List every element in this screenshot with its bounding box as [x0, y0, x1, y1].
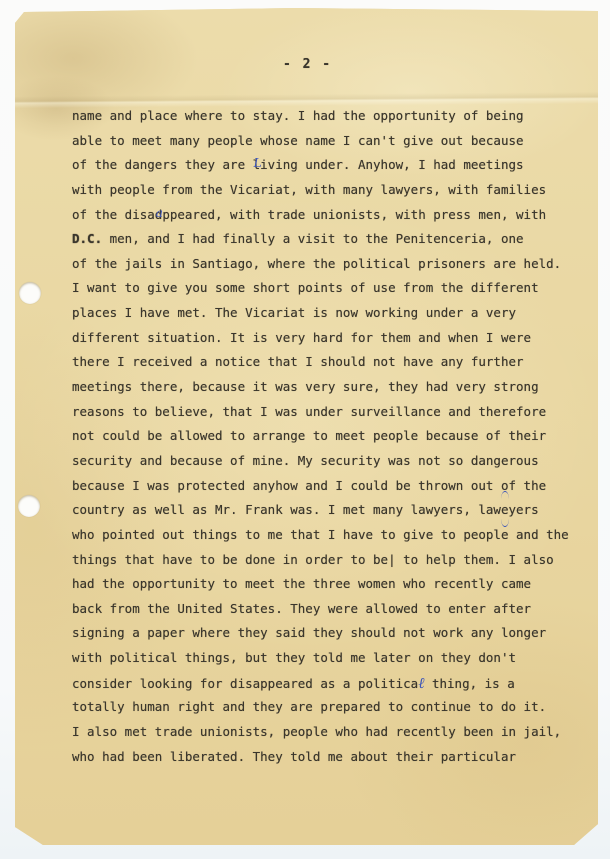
typed-line: I also met trade unionists, people who h… [72, 720, 584, 745]
typed-text: meetings there, because it was very sure… [72, 379, 539, 394]
typed-line: consider looking for disappeared as a po… [72, 671, 584, 696]
typed-line: country as well as Mr. Frank was. I met … [72, 498, 584, 523]
typed-line: security and because of mine. My securit… [72, 449, 584, 474]
typed-text: country as well as Mr. Frank was. I met … [72, 502, 501, 517]
typed-text: had the opportunity to meet the three wo… [72, 576, 531, 591]
paper-page: - 2 - name and place where to stay. I ha… [15, 8, 598, 845]
typed-line: had the opportunity to meet the three wo… [72, 572, 584, 597]
typed-line: of the disaadppeared, with trade unionis… [72, 203, 584, 228]
typed-text: because I was protected anyhow and I cou… [72, 478, 546, 493]
typed-text: I also met trade unionists, people who h… [72, 724, 561, 739]
typed-line: who pointed out things to me that I have… [72, 523, 584, 548]
typed-text: not could be allowed to arrange to meet … [72, 428, 546, 443]
typed-line: back from the United States. They were a… [72, 597, 584, 622]
typed-text: consider looking for disappeared as a po… [72, 676, 418, 691]
typed-line: meetings there, because it was very sure… [72, 375, 584, 400]
handwritten-correction-char: a [156, 207, 163, 219]
typed-text: totally human right and they are prepare… [72, 699, 546, 714]
handwritten-correction-char: L [254, 157, 262, 169]
typed-text: dppeared, with trade unionists, with pre… [155, 207, 546, 222]
typed-text: with political things, but they told me … [72, 650, 516, 665]
typed-line: reasons to believe, that I was under sur… [72, 400, 584, 425]
typed-text: security and because of mine. My securit… [72, 453, 539, 468]
typed-line: things that have to be done in order to … [72, 548, 584, 573]
typed-text: things that have to be done in order to … [72, 552, 554, 567]
typed-text: different situation. It is very hard for… [72, 330, 531, 345]
typed-text: able to meet many people whose name I ca… [72, 133, 524, 148]
typed-text: I want to give you some short points of … [72, 280, 539, 295]
handwritten-blue-circled-mark: e [501, 498, 509, 523]
typed-line: with people from the Vicariat, with many… [72, 178, 584, 203]
typed-text: of the dangers they are [72, 157, 253, 172]
typed-text: of the disa [72, 207, 155, 222]
typed-line: D.C. men, and I had finally a visit to t… [72, 227, 584, 252]
typed-text: places I have met. The Vicariat is now w… [72, 305, 516, 320]
typed-text: reasons to believe, that I was under sur… [72, 404, 546, 419]
typed-line: of the jails in Santiago, where the poli… [72, 252, 584, 277]
typed-line: I want to give you some short points of … [72, 276, 584, 301]
typed-text: thing, is a [424, 676, 514, 691]
typed-line: places I have met. The Vicariat is now w… [72, 301, 584, 326]
typed-line: different situation. It is very hard for… [72, 326, 584, 351]
typed-text: with people from the Vicariat, with many… [72, 182, 546, 197]
typed-text: of the jails in Santiago, where the poli… [72, 256, 561, 271]
typed-line: who had been liberated. They told me abo… [72, 745, 584, 770]
typed-text: who had been liberated. They told me abo… [72, 749, 516, 764]
hole-punch-top [19, 282, 41, 304]
handwritten-bold-mark: D.C. [72, 231, 102, 246]
typed-text: there I received a notice that I should … [72, 354, 524, 369]
typed-lines: name and place where to stay. I had the … [72, 104, 584, 769]
typed-line: with political things, but they told me … [72, 646, 584, 671]
typed-text: back from the United States. They were a… [72, 601, 531, 616]
hole-punch-bottom [18, 495, 40, 517]
typed-line: totally human right and they are prepare… [72, 695, 584, 720]
typed-text: men, and I had finally a visit to the Pe… [102, 231, 523, 246]
typed-text: signing a paper where they said they sho… [72, 625, 546, 640]
typed-line: there I received a notice that I should … [72, 350, 584, 375]
scan-background: { "page": { "number_label": "- 2 -" }, "… [0, 0, 610, 859]
typed-line: signing a paper where they said they sho… [72, 621, 584, 646]
typed-line: not could be allowed to arrange to meet … [72, 424, 584, 449]
typed-text: yers [509, 502, 539, 517]
typed-text: living under. Anyhow, I had meetings [253, 157, 524, 172]
typed-line: able to meet many people whose name I ca… [72, 129, 584, 154]
typed-text: name and place where to stay. I had the … [72, 108, 524, 123]
typed-text: who pointed out things to me that I have… [72, 527, 569, 542]
typed-line: of the dangers they are Lliving under. A… [72, 153, 584, 178]
typed-line: name and place where to stay. I had the … [72, 104, 584, 129]
page-number: - 2 - [283, 57, 332, 72]
